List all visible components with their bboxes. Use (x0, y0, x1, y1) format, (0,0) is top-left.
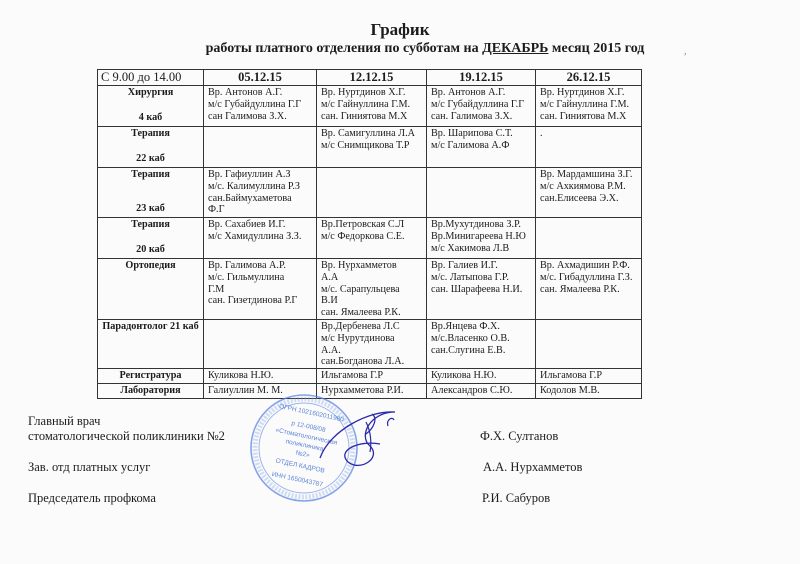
staff-entry: Вр. Галиев И.Г. (431, 260, 531, 272)
staff-cell (317, 168, 427, 218)
staff-entry: Куликова Н.Ю. (431, 370, 531, 382)
subtitle-month: ДЕКАБРЬ (482, 41, 548, 56)
room-number: 20 каб (98, 244, 203, 256)
signature-head-name: А.А. Нурхамметов (483, 460, 582, 475)
staff-entry: Вр.Минигареева Н.Ю (431, 231, 531, 243)
staff-entry: Ильгамова Г.Р (321, 370, 422, 382)
staff-cell: Александров С.Ю. (427, 384, 536, 399)
table-row: Терапия23 кабВр. Гафиуллин А.Зм/с. Калим… (98, 168, 642, 218)
department-cell: Терапия20 каб (98, 218, 204, 259)
staff-entry: сан. Шарафеева Н.И. (431, 284, 531, 296)
staff-entry: сан.Баймухаметова (208, 193, 312, 205)
staff-entry: Г.М (208, 284, 312, 296)
staff-entry: Вр. Мардамшина З.Г. (540, 169, 637, 181)
staff-entry: м/с Гайнуллина Г.М. (540, 99, 637, 111)
room-number: 23 каб (98, 203, 203, 215)
staff-cell: Вр. Галимова А.Р.м/с. ГильмуллинаГ.Мсан.… (204, 259, 317, 320)
staff-cell: Вр. Самигуллина Л.Ам/с Снимщикова Т.Р (317, 127, 427, 168)
staff-entry: Александров С.Ю. (431, 385, 531, 397)
department-name: Терапия (131, 169, 170, 180)
handwritten-signature-icon (300, 400, 410, 480)
department-cell: Парадонтолог 21 каб (98, 319, 204, 368)
staff-cell: Вр. Антонов А.Г.м/с Губайдуллина Г.Гсан … (204, 86, 317, 127)
header-date: 12.12.15 (317, 70, 427, 86)
staff-cell: Вр. Мардамшина З.Г.м/с Ахкиямова Р.М.сан… (536, 168, 642, 218)
table-row: Хирургия4 кабВр. Антонов А.Г.м/с Губайду… (98, 86, 642, 127)
staff-entry: м/с Снимщикова Т.Р (321, 140, 422, 152)
staff-entry: Вр. Антонов А.Г. (431, 87, 531, 99)
staff-entry: Вр. Сахабиев И.Г. (208, 219, 312, 231)
staff-entry: Ильгамова Г.Р (540, 370, 637, 382)
staff-cell: Куликова Н.Ю. (427, 369, 536, 384)
signature-head-position: Зав. отд платных услуг (28, 460, 150, 475)
staff-entry: м/с Губайдуллина Г.Г (431, 99, 531, 111)
staff-entry: В.И (321, 295, 422, 307)
staff-entry: м/с Гайнуллина Г.М. (321, 99, 422, 111)
staff-cell: Вр. Шарипова С.Т.м/с Галимова А.Ф (427, 127, 536, 168)
department-cell: Терапия22 каб (98, 127, 204, 168)
subtitle-prefix: работы платного отделения по субботам на (206, 41, 483, 56)
header-date: 26.12.15 (536, 70, 642, 86)
staff-entry: м/с.Власенко О.В. (431, 333, 531, 345)
department-name: Регистратура (120, 370, 182, 381)
schedule-table: С 9.00 до 14.0005.12.1512.12.1519.12.152… (97, 69, 642, 399)
signature-union-name: Р.И. Сабуров (482, 491, 550, 506)
department-cell: Лаборатория (98, 384, 204, 399)
table-row: Парадонтолог 21 кабВр.Дербенева Л.См/с Н… (98, 319, 642, 368)
staff-entry: Вр. Самигуллина Л.А (321, 128, 422, 140)
staff-entry: м/с Хакимова Л.В (431, 243, 531, 255)
staff-cell: . (536, 127, 642, 168)
staff-entry: Вр. Гафиуллин А.З (208, 169, 312, 181)
staff-entry: сан. Галимова З.Х. (431, 111, 531, 123)
signature-chief-name: Ф.Х. Султанов (480, 429, 558, 444)
staff-cell: Вр. Сахабиев И.Г.м/с Хамидуллина З.З. (204, 218, 317, 259)
staff-entry: А.А (321, 272, 422, 284)
department-cell: Ортопедия (98, 259, 204, 320)
staff-entry: сан. Ямалеева Р.К. (540, 284, 637, 296)
scan-speck: , (684, 46, 687, 57)
header-date: 19.12.15 (427, 70, 536, 86)
header-hours: С 9.00 до 14.00 (98, 70, 204, 86)
staff-entry: Вр.Петровская С.Л (321, 219, 422, 231)
staff-entry: Вр. Шарипова С.Т. (431, 128, 531, 140)
staff-entry: м/с Хамидуллина З.З. (208, 231, 312, 243)
staff-entry: Вр. Нуртдинов Х.Г. (321, 87, 422, 99)
department-name: Лаборатория (120, 385, 180, 396)
staff-entry: Вр.Янцева Ф.Х. (431, 321, 531, 333)
staff-cell: Вр.Янцева Ф.Х.м/с.Власенко О.В.сан.Слуги… (427, 319, 536, 368)
table-row: РегистратураКуликова Н.Ю.Ильгамова Г.РКу… (98, 369, 642, 384)
staff-entry: Вр. Ахмадишин Р.Ф. (540, 260, 637, 272)
signature-chief-position: Главный врач стоматологической поликлини… (28, 414, 225, 444)
staff-cell: Вр. Гафиуллин А.Зм/с. Калимуллина Р.Зсан… (204, 168, 317, 218)
department-name: Хирургия (128, 87, 174, 98)
staff-entry: Ф.Г (208, 204, 312, 216)
staff-cell: Вр. Ахмадишин Р.Ф.м/с. Гибадуллина Г.З.с… (536, 259, 642, 320)
staff-entry: м/с Федоркова С.Е. (321, 231, 422, 243)
staff-cell (427, 168, 536, 218)
table-row: ЛабораторияГалиуллин М. М.Нурхамметова Р… (98, 384, 642, 399)
staff-cell: Кодолов М.В. (536, 384, 642, 399)
staff-entry: Вр. Нуртдинов Х.Г. (540, 87, 637, 99)
staff-cell: Ильгамова Г.Р (536, 369, 642, 384)
staff-entry: Вр. Антонов А.Г. (208, 87, 312, 99)
department-cell: Терапия23 каб (98, 168, 204, 218)
staff-cell: Куликова Н.Ю. (204, 369, 317, 384)
staff-entry: сан. Гиниятова М.Х (321, 111, 422, 123)
staff-entry: сан. Ямалеева Р.К. (321, 307, 422, 319)
department-name: Терапия (131, 128, 170, 139)
staff-cell (536, 218, 642, 259)
document-title: График (0, 20, 800, 40)
staff-cell: Вр.Мухутдинова З.Р.Вр.Минигареева Н.Юм/с… (427, 218, 536, 259)
department-name: Парадонтолог 21 каб (102, 321, 198, 332)
staff-entry: Куликова Н.Ю. (208, 370, 312, 382)
department-name: Ортопедия (125, 260, 175, 271)
staff-entry: сан.Елисеева Э.Х. (540, 193, 637, 205)
table-row: ОртопедияВр. Галимова А.Р.м/с. Гильмулли… (98, 259, 642, 320)
staff-cell (536, 319, 642, 368)
staff-cell: Вр. Галиев И.Г.м/с. Латыпова Г.Р.сан. Ша… (427, 259, 536, 320)
staff-cell (204, 127, 317, 168)
staff-entry: м/с Губайдуллина Г.Г (208, 99, 312, 111)
staff-entry: сан.Слугина Е.В. (431, 345, 531, 357)
staff-entry: . (540, 128, 637, 140)
staff-entry: Вр. Нурхамметов (321, 260, 422, 272)
staff-entry: м/с Галимова А.Ф (431, 140, 531, 152)
staff-entry: Вр. Галимова А.Р. (208, 260, 312, 272)
room-number: 4 каб (98, 112, 203, 124)
subtitle-suffix: месяц 2015 год (548, 41, 644, 56)
header-date: 05.12.15 (204, 70, 317, 86)
staff-cell (204, 319, 317, 368)
staff-entry: сан. Гизетдинова Р.Г (208, 295, 312, 307)
staff-cell: Вр. Нуртдинов Х.Г.м/с Гайнуллина Г.М.сан… (317, 86, 427, 127)
staff-entry: сан Галимова З.Х. (208, 111, 312, 123)
staff-entry: А.А. (321, 345, 422, 357)
staff-entry: Вр.Дербенева Л.С (321, 321, 422, 333)
staff-entry: м/с Ахкиямова Р.М. (540, 181, 637, 193)
staff-entry: сан. Гиниятова М.Х (540, 111, 637, 123)
table-header-row: С 9.00 до 14.0005.12.1512.12.1519.12.152… (98, 70, 642, 86)
staff-cell: Ильгамова Г.Р (317, 369, 427, 384)
staff-entry: м/с. Сарапульцева (321, 284, 422, 296)
staff-entry: сан.Богданова Л.А. (321, 356, 422, 368)
staff-cell: Вр.Дербенева Л.См/с НурутдиноваА.А.сан.Б… (317, 319, 427, 368)
staff-entry: м/с. Латыпова Г.Р. (431, 272, 531, 284)
staff-cell: Вр.Петровская С.Лм/с Федоркова С.Е. (317, 218, 427, 259)
document-subtitle: работы платного отделения по субботам на… (150, 40, 700, 58)
staff-entry: м/с. Гильмуллина (208, 272, 312, 284)
department-cell: Хирургия4 каб (98, 86, 204, 127)
staff-entry: Кодолов М.В. (540, 385, 637, 397)
staff-cell: Вр. Антонов А.Г.м/с Губайдуллина Г.Гсан.… (427, 86, 536, 127)
staff-cell: Вр. НурхамметовА.Ам/с. СарапульцеваВ.Иса… (317, 259, 427, 320)
department-name: Терапия (131, 219, 170, 230)
department-cell: Регистратура (98, 369, 204, 384)
staff-entry: м/с. Калимуллина Р.З (208, 181, 312, 193)
staff-entry: Вр.Мухутдинова З.Р. (431, 219, 531, 231)
room-number: 22 каб (98, 153, 203, 165)
staff-entry: м/с. Гибадуллина Г.З. (540, 272, 637, 284)
staff-cell: Вр. Нуртдинов Х.Г.м/с Гайнуллина Г.М.сан… (536, 86, 642, 127)
table-row: Терапия22 кабВр. Самигуллина Л.Ам/с Сним… (98, 127, 642, 168)
signature-union-position: Председатель профкома (28, 491, 156, 506)
staff-entry: м/с Нурутдинова (321, 333, 422, 345)
table-row: Терапия20 кабВр. Сахабиев И.Г.м/с Хамиду… (98, 218, 642, 259)
